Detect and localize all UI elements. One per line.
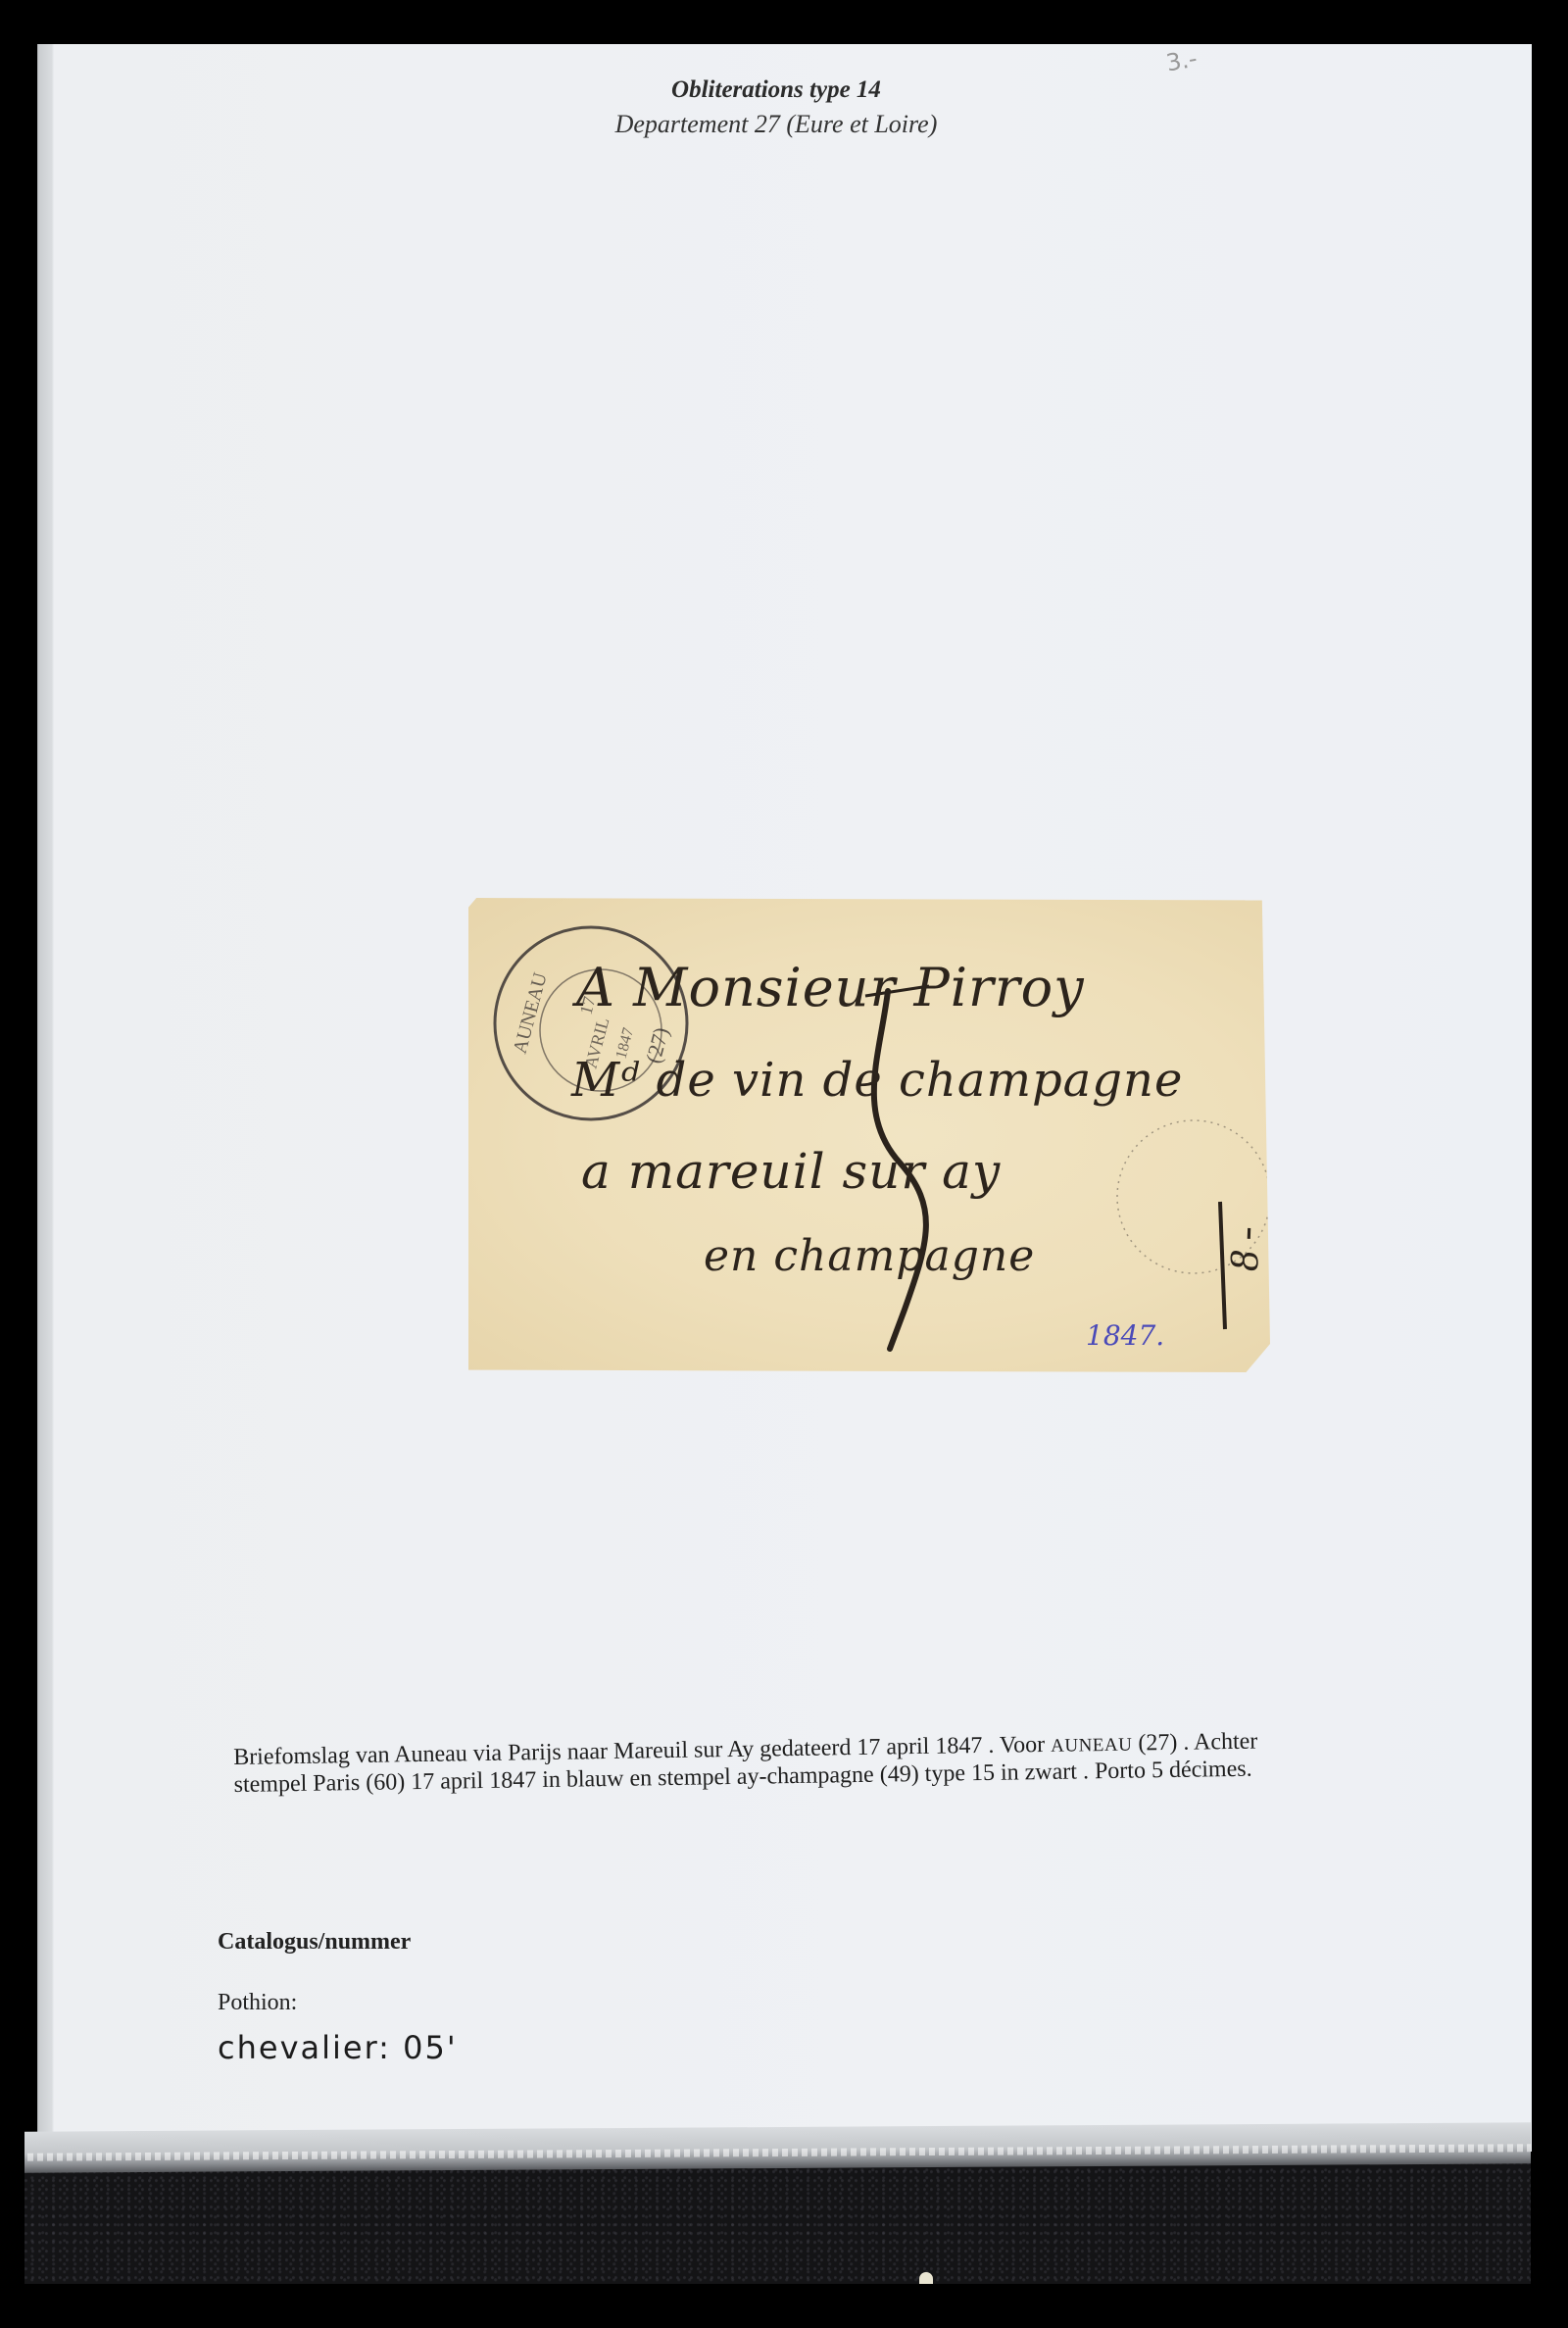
pothion-label: Pothion: (218, 1990, 297, 2016)
address-line: en champagne (704, 1231, 1035, 1281)
sleeve-perforation (24, 2144, 1531, 2160)
year-annotation: 1847. (1086, 1319, 1164, 1352)
address-line: Mᵈ de vin de champagne (571, 1053, 1183, 1108)
catalog-label: Catalogus/nummer (218, 1929, 411, 1956)
address-line: A Monsieur Pirroy (576, 957, 1085, 1018)
pothion-handwritten-value: chevalier: 05' (218, 2029, 458, 2066)
town-name: AUNEAU (1051, 1735, 1133, 1757)
clip-object (919, 2272, 933, 2284)
svg-text:AUNEAU: AUNEAU (510, 970, 552, 1057)
address-line: a mareuil sur ay (581, 1143, 1001, 1200)
page-title: Obliterations type 14 (0, 76, 1552, 104)
pencil-price-mark: 3.- (1164, 44, 1200, 76)
envelope-cover: AUNEAU 17 AVRIL 1847 (27) A Monsieur Pir… (468, 898, 1270, 1372)
page-subtitle: Departement 27 (Eure et Loire) (0, 110, 1552, 139)
description-text: (27) . Achter (1132, 1729, 1257, 1757)
